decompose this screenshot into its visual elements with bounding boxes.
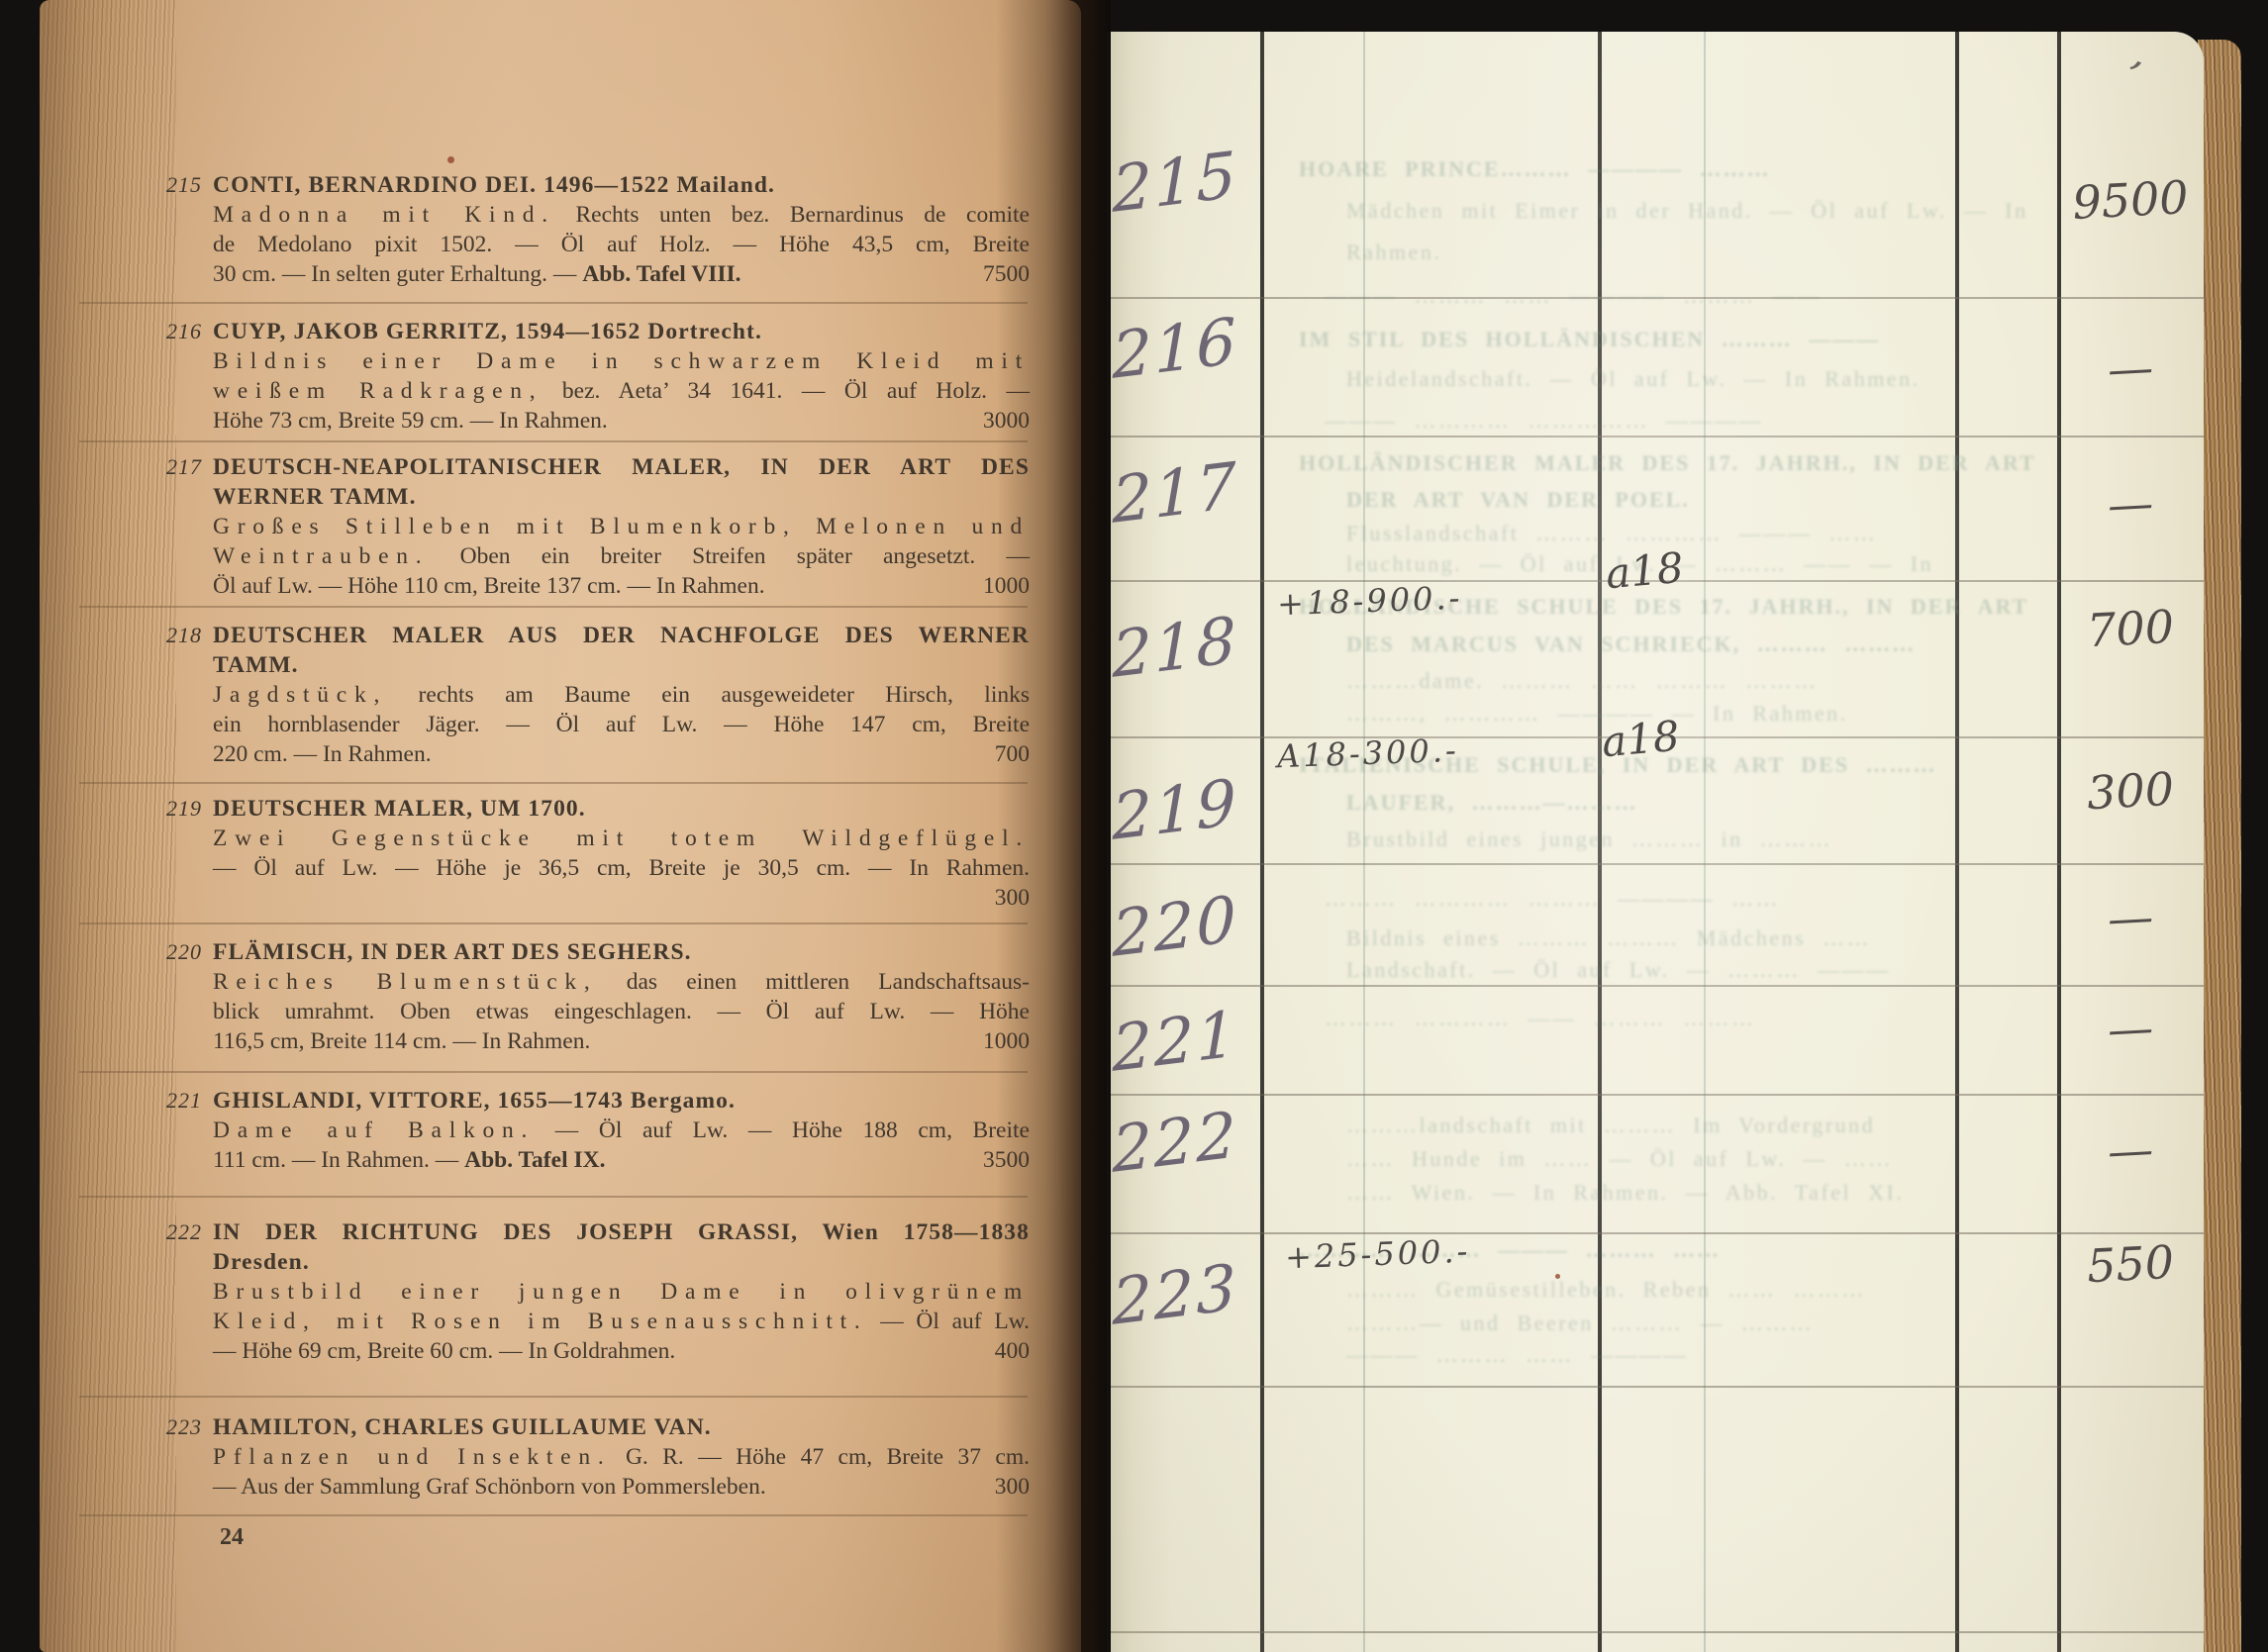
paper-speck [447,156,454,163]
entry-text: 220 cm. — In Rahmen. [213,741,432,767]
ghost-text: ………, ………… ———— — In Rahmen. [1346,701,1848,727]
entry-title: Jagdstück, [213,682,387,708]
lot-number: 215 [166,172,208,198]
ledger-row-line [1107,1232,2204,1234]
handwritten-note-223: +25-500.- [1284,1232,1471,1277]
catalog-entry-221: 221 GHISLANDI, VITTORE, 1655—1743 Bergam… [166,1086,1030,1175]
ledger-row-line [1107,1386,2204,1388]
entry-text: Rechts unten bez. Bernardinus de comite [555,202,1030,228]
lot-number: 222 [166,1219,208,1245]
entry-divider [79,1514,1028,1516]
entry-line: 400— Höhe 69 cm, Breite 60 cm. — In Gold… [213,1336,1030,1366]
result-price-219: 300 [2060,760,2202,821]
entry-title: weißem Radkragen, [213,378,542,404]
result-dash-217: — [2060,473,2202,534]
book-scan: HOARE PRINCE……… ———— ……… Mädchen mit Eim… [0,0,2268,1652]
entry-artist: DEUTSCHER MALER AUS DER NACHFOLGE DES WE… [213,621,1030,650]
entry-title: Madonna mit Kind. [213,202,555,228]
entry-text: 30 cm. — In selten guter Erhaltung. — [213,261,582,287]
entry-price: 1000 [971,571,1030,601]
result-dash-221: — [2060,998,2202,1058]
ghost-text: …… Hunde im …… — Öl auf Lw. — …… [1346,1146,1893,1172]
entry-divider [79,923,1028,924]
entry-line: ein hornblasender Jäger. — Öl auf Lw. — … [213,710,1030,739]
entry-divider [79,302,1028,304]
entry-text: bez. Aeta’ 34 1641. — Öl auf Holz. — [542,378,1030,404]
entry-line: 1000116,5 cm, Breite 114 cm. — In Rahmen… [213,1026,1030,1056]
entry-line: 300 [213,883,1030,913]
lot-number: 219 [166,796,208,822]
entry-plate-ref: Abb. Tafel VIII. [582,261,740,287]
ghost-text: LAUFER, ………—……… [1346,790,1637,816]
entry-artist: GHISLANDI, VITTORE, 1655—1743 Bergamo. [213,1086,1030,1116]
entry-title: Pflanzen und Insekten. [213,1444,611,1470]
entry-artist: DEUTSCHER MALER, UM 1700. [213,794,1030,824]
entry-title: Bildnis einer Dame in schwarzem Kleid mi… [213,348,1030,374]
lot-number: 218 [166,623,208,648]
catalog-entry-219: 219 DEUTSCHER MALER, UM 1700. Zwei Gegen… [166,794,1030,913]
entry-price: 400 [983,1336,1030,1366]
entry-line: 3500111 cm. — In Rahmen. — Abb. Tafel IX… [213,1145,1030,1175]
entry-price: 700 [983,739,1030,769]
entry-title: Reiches Blumenstück, [213,969,598,995]
ledger-row-line [1107,985,2204,987]
entry-price: 3000 [971,406,1030,436]
ledger-row-line [1107,1631,2204,1633]
ghost-text: ——— ……… …… ———— [1346,1342,1688,1368]
entry-divider [79,440,1028,442]
ghost-text: IM STIL DES HOLLÄNDISCHEN ……… ——— [1299,327,1880,352]
ledger-row-line [1107,863,2204,865]
entry-divider [79,1396,1028,1398]
ghost-text: ………dame. ……… …… ……… ……… [1346,668,1819,694]
entry-line: 300— Aus der Sammlung Graf Schönborn von… [213,1472,1030,1502]
ghost-text: ——— ……… …… ———— ……… —— [1325,283,1822,309]
entry-plate-ref: Abb. Tafel IX. [464,1147,605,1173]
result-price-215: 9500 [2060,169,2202,230]
entry-line: 700220 cm. — In Rahmen. [213,739,1030,769]
ghost-text: ……… ………… —— ……… ……… [1325,1006,1756,1031]
ledger-vertical-rule [1260,32,1264,1652]
entry-title: Großes Stilleben mit Blumenkorb, Melonen… [213,514,1030,539]
ledger-vertical-rule [1955,32,1959,1652]
ledger-row-line [1107,436,2204,437]
entry-line: Zwei Gegenstücke mit totem Wildgeflügel. [213,824,1030,853]
ghost-text: ……… Gemüsestilleben. Reben …… ……… [1346,1277,1866,1303]
ledger-row-line [1107,1094,2204,1096]
handwritten-note-219: A18-300.- [1276,731,1459,775]
entry-artist: DEUTSCH-NEAPOLITANISCHER MALER, IN DER A… [213,452,1030,482]
entry-text: das einen mittleren Landschaftsaus- [598,969,1030,995]
ghost-text: Landschaft. — Öl auf Lw. — ……… ——— [1346,957,1890,983]
catalog-entry-217: 217 DEUTSCH-NEAPOLITANISCHER MALER, IN D… [166,452,1030,601]
ghost-text: HOARE PRINCE……… ———— ……… [1299,156,1771,182]
entry-artist-2: TAMM. [213,650,1030,680]
right-page-edge-stack [2198,40,2241,1652]
entry-line: Großes Stilleben mit Blumenkorb, Melonen… [213,512,1030,541]
entry-title: Zwei Gegenstücke mit totem Wildgeflügel. [213,826,1030,851]
entry-price: 7500 [971,259,1030,289]
entry-divider [79,606,1028,608]
entry-line: weißem Radkragen, bez. Aeta’ 34 1641. — … [213,376,1030,406]
entry-line: Brustbild einer jungen Dame in olivgrüne… [213,1277,1030,1307]
entry-line: — Öl auf Lw. — Höhe je 36,5 cm, Breite j… [213,853,1030,883]
ghost-text: ………landschaft mit ……… Im Vordergrund [1346,1113,1875,1138]
entry-line: blick umrahmt. Oben etwas eingeschlagen.… [213,997,1030,1026]
ghost-text: DES MARCUS VAN SCHRIECK, ……… ……… [1346,632,1916,657]
entry-divider [79,1196,1028,1198]
handwritten-note-218: +18-900.- [1276,579,1463,624]
paper-speck [1555,1274,1560,1279]
entry-artist-2: WERNER TAMM. [213,482,1030,512]
result-price-223: 550 [2060,1233,2202,1294]
entry-line: Madonna mit Kind. Rechts unten bez. Bern… [213,200,1030,230]
entry-text: 111 cm. — In Rahmen. — [213,1147,464,1173]
entry-line: de Medolano pixit 1502. — Öl auf Holz. —… [213,230,1030,259]
entry-artist: IN DER RICHTUNG DES JOSEPH GRASSI, Wien … [213,1217,1030,1247]
entry-title: Dame auf Balkon. [213,1118,535,1143]
entry-line: Bildnis einer Dame in schwarzem Kleid mi… [213,346,1030,376]
entry-text: — Höhe 69 cm, Breite 60 cm. — In Goldrah… [213,1338,675,1364]
catalog-entry-222: 222 IN DER RICHTUNG DES JOSEPH GRASSI, W… [166,1217,1030,1366]
handwritten-code-219: a18 [1600,712,1681,767]
ghost-text: Bildnis eines ……… ……… Mädchens …… [1346,925,1871,951]
ghost-text: ——— ………… …………… ———— [1325,408,1763,434]
entry-price: 300 [983,883,1030,913]
ghost-text: …… Wien. — In Rahmen. — Abb. Tafel XI. [1346,1180,1904,1206]
page-number: 24 [220,1524,244,1551]
entry-title: Kleid, mit Rosen im Busenausschnitt. [213,1309,868,1334]
entry-divider [79,782,1028,784]
ghost-text: HOLLÄNDISCHER MALER DES 17. JAHRH., IN D… [1299,450,2036,476]
entry-text: Öl auf Lw. — Höhe 110 cm, Breite 137 cm.… [213,573,765,599]
ghost-text: ……… ………… ……… ———— …… [1325,886,1780,912]
handwritten-code-218: a18 [1604,543,1685,599]
entry-artist-2: Dresden. [213,1247,1030,1277]
entry-line: Dame auf Balkon. — Öl auf Lw. — Höhe 188… [213,1116,1030,1145]
entry-artist: CONTI, BERNARDINO DEI. 1496—1522 Mailand… [213,170,1030,200]
lot-number: 223 [166,1414,208,1440]
left-page-edge-stack [40,0,176,1652]
ghost-text: Brustbild eines jungen ……… in ……… [1346,826,1832,852]
entry-text: Oben ein breiter Streifen später angeset… [429,543,1030,569]
entry-text: G. R. — Höhe 47 cm, Breite 37 cm. [611,1444,1030,1470]
entry-line: Weintrauben. Oben ein breiter Streifen s… [213,541,1030,571]
result-dash-222: — [2060,1119,2202,1180]
catalog-entry-218: 218 DEUTSCHER MALER AUS DER NACHFOLGE DE… [166,621,1030,769]
entry-artist: FLÄMISCH, IN DER ART DES SEGHERS. [213,937,1030,967]
catalog-entry-216: 216 CUYP, JAKOB GERRITZ, 1594—1652 Dortr… [166,317,1030,436]
entry-text: — Aus der Sammlung Graf Schönborn von Po… [213,1474,766,1500]
lot-number: 221 [166,1088,208,1114]
catalog-entry-220: 220 FLÄMISCH, IN DER ART DES SEGHERS. Re… [166,937,1030,1056]
entry-line: Kleid, mit Rosen im Busenausschnitt. — Ö… [213,1307,1030,1336]
entry-price: 300 [983,1472,1030,1502]
entry-line: Pflanzen und Insekten. G. R. — Höhe 47 c… [213,1442,1030,1472]
result-price-218: 700 [2060,598,2202,658]
ghost-text: ………— und Beeren ……… — ……… [1346,1311,1814,1336]
entry-text: de Medolano pixit 1502. — Öl auf Holz. —… [213,232,1030,257]
entry-artist: CUYP, JAKOB GERRITZ, 1594—1652 Dortrecht… [213,317,1030,346]
entry-text: blick umrahmt. Oben etwas eingeschlagen.… [213,999,1030,1024]
entry-text: ein hornblasender Jäger. — Öl auf Lw. — … [213,712,1030,737]
ghost-text: Mädchen mit Eimer in der Hand. — Öl auf … [1346,198,2028,224]
entry-text: 116,5 cm, Breite 114 cm. — In Rahmen. [213,1028,590,1054]
entry-price: 1000 [971,1026,1030,1056]
result-dash-216: — [2060,338,2202,398]
entry-line: Reiches Blumenstück, das einen mittleren… [213,967,1030,997]
entry-divider [79,1071,1028,1073]
catalog-text-block: 215 CONTI, BERNARDINO DEI. 1496—1522 Mai… [166,0,1030,1652]
entry-title: Weintrauben. [213,543,429,569]
entry-text: — Öl auf Lw. — Höhe 188 cm, Breite [535,1118,1030,1143]
entry-line: 1000Öl auf Lw. — Höhe 110 cm, Breite 137… [213,571,1030,601]
entry-title: Brustbild einer jungen Dame in olivgrüne… [213,1279,1030,1305]
entry-text: rechts am Baume ein ausgeweideter Hirsch… [387,682,1030,708]
entry-text: — Öl auf Lw. — Höhe je 36,5 cm, Breite j… [213,855,1030,881]
entry-artist: HAMILTON, CHARLES GUILLAUME VAN. [213,1412,1030,1442]
ghost-text: Flusslandschaft ……… ………… ——— …… [1346,521,1877,546]
ledger-vertical-rule [2057,32,2061,1652]
ghost-text: Heidelandschaft. — Öl auf Lw. — In Rahme… [1346,366,1921,392]
ghost-text: Rahmen. [1346,240,1441,265]
lot-number: 216 [166,319,208,344]
entry-line: Jagdstück, rechts am Baume ein ausgeweid… [213,680,1030,710]
ghost-text: DER ART VAN DER POEL. [1346,487,1690,513]
entry-line: 750030 cm. — In selten guter Erhaltung. … [213,259,1030,289]
result-dash-220: — [2060,887,2202,947]
entry-price: 3500 [971,1145,1030,1175]
catalog-entry-215: 215 CONTI, BERNARDINO DEI. 1496—1522 Mai… [166,170,1030,289]
lot-number: 220 [166,939,208,965]
entry-text: — Öl auf Lw. [868,1309,1030,1334]
lot-number: 217 [166,454,208,480]
catalog-entry-223: 223 HAMILTON, CHARLES GUILLAUME VAN. Pfl… [166,1412,1030,1502]
entry-text: Höhe 73 cm, Breite 59 cm. — In Rahmen. [213,408,608,434]
entry-line: 3000Höhe 73 cm, Breite 59 cm. — In Rahme… [213,406,1030,436]
